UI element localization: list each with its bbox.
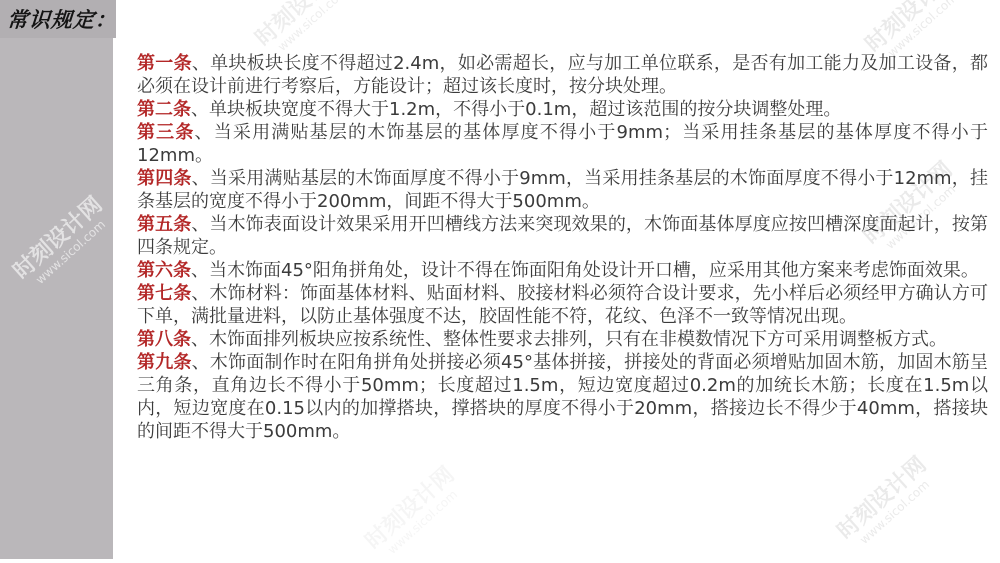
watermark-text: 时刻设计网 — [252, 0, 350, 52]
clause-text: 、单块板块长度不得超过2.4m，如必需超长，应与加工单位联系，是否有加工能力及加… — [137, 53, 988, 97]
watermark-text: 时刻设计网 — [362, 463, 460, 555]
clause-text: 、木饰面制作时在阳角拼角处拼接必须45°基体拼接，拼接处的背面必须增贴加固木筋，… — [137, 352, 988, 442]
clause-text: 、当木饰面45°阳角拼角处，设计不得在饰面阳角处设计开口槽，应采用其他方案来考虑… — [191, 260, 979, 281]
clause-number: 第八条 — [137, 329, 191, 350]
clause-number: 第二条 — [137, 99, 191, 120]
regulation-clause-6: 第六条、当木饰面45°阳角拼角处，设计不得在饰面阳角处设计开口槽，应采用其他方案… — [137, 259, 988, 282]
watermark: 时刻设计网 www.sicol.com — [362, 463, 469, 563]
clause-text: 、木饰面排列板块应按系统性、整体性要求去排列，只有在非模数情况下方可采用调整板方… — [191, 329, 947, 350]
regulation-clause-8: 第八条、木饰面排列板块应按系统性、整体性要求去排列，只有在非模数情况下方可采用调… — [137, 328, 988, 351]
regulation-clause-4: 第四条、当采用满贴基层的木饰面厚度不得小于9mm，当采用挂条基层的木饰面厚度不得… — [137, 167, 988, 213]
left-sidebar-strip — [0, 38, 113, 559]
clause-text: 、当采用满贴基层的木饰面厚度不得小于9mm，当采用挂条基层的木饰面厚度不得小于1… — [137, 168, 988, 212]
watermark: 时刻设计网 www.sicol.com — [834, 453, 941, 554]
watermark-text: 时刻设计网 — [834, 453, 932, 545]
clause-number: 第七条 — [137, 283, 191, 304]
watermark-url: www.sicol.com — [378, 481, 469, 563]
slide-page: 常识规定： 时刻设计网 www.sicol.com 时刻设计网 www.sico… — [0, 0, 1000, 563]
clause-number: 第一条 — [137, 53, 192, 74]
watermark-text: 时刻设计网 — [862, 0, 960, 58]
clause-number: 第五条 — [137, 214, 191, 235]
page-title-box: 常识规定： — [0, 0, 116, 38]
clause-text: 、木饰材料：饰面基体材料、贴面材料、胶接材料必须符合设计要求，先小样后必须经甲方… — [137, 283, 988, 327]
regulation-clause-3: 第三条、当采用满贴基层的木饰基层的基体厚度不得小于9mm；当采用挂条基层的基体厚… — [137, 121, 988, 167]
regulation-clause-1: 第一条、单块板块长度不得超过2.4m，如必需超长，应与加工单位联系，是否有加工能… — [137, 52, 988, 98]
clause-number: 第三条 — [137, 122, 195, 143]
regulation-clause-7: 第七条、木饰材料：饰面基体材料、贴面材料、胶接材料必须符合设计要求，先小样后必须… — [137, 282, 988, 328]
clause-text: 、单块板块宽度不得大于1.2m，不得小于0.1m，超过该范围的按分块调整处理。 — [191, 99, 841, 120]
clause-text: 、当木饰表面设计效果采用开凹槽线方法来突现效果的，木饰面基体厚度应按凹槽深度面起… — [137, 214, 988, 258]
watermark-url: www.sicol.com — [850, 471, 941, 554]
clause-number: 第九条 — [137, 352, 192, 373]
clause-number: 第四条 — [137, 168, 192, 189]
clause-number: 第六条 — [137, 260, 191, 281]
regulation-clause-9: 第九条、木饰面制作时在阳角拼角处拼接必须45°基体拼接，拼接处的背面必须增贴加固… — [137, 351, 988, 443]
regulations-body: 第一条、单块板块长度不得超过2.4m，如必需超长，应与加工单位联系，是否有加工能… — [137, 52, 988, 443]
regulation-clause-5: 第五条、当木饰表面设计效果采用开凹槽线方法来突现效果的，木饰面基体厚度应按凹槽深… — [137, 213, 988, 259]
page-title: 常识规定： — [6, 4, 118, 34]
regulation-clause-2: 第二条、单块板块宽度不得大于1.2m，不得小于0.1m，超过该范围的按分块调整处… — [137, 98, 988, 121]
clause-text: 、当采用满贴基层的木饰基层的基体厚度不得小于9mm；当采用挂条基层的基体厚度不得… — [137, 122, 988, 166]
